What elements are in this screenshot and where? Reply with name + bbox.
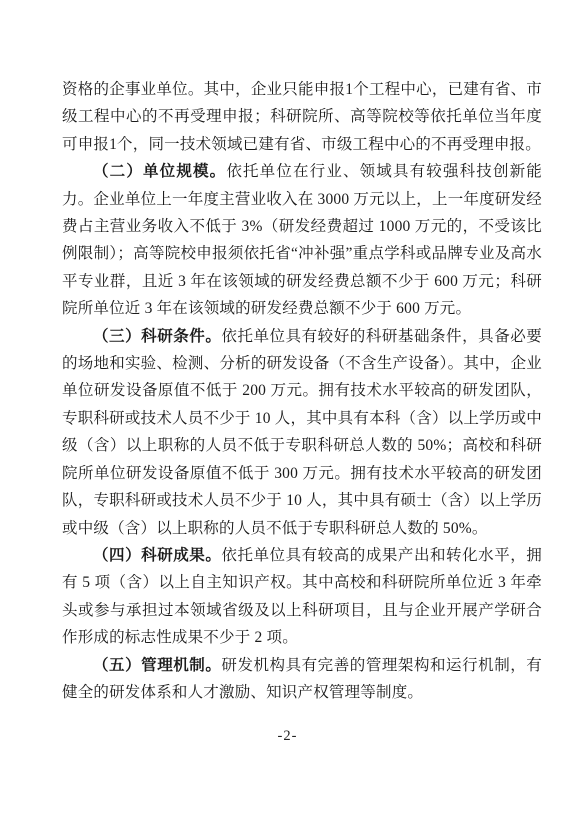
paragraph-text: 依托单位在行业、领域具有较强科技创新能力。企业单位上一年度主营业收入在 3000… xyxy=(62,163,542,317)
body-paragraph: （三）科研条件。依托单位具有较好的科研基础条件，具备必要的场地和实验、检测、分析… xyxy=(62,323,542,542)
body-paragraph: （四）科研成果。依托单位具有较高的成果产出和转化水平，拥有 5 项（含）以上自主… xyxy=(62,542,542,652)
section-heading: （四）科研成果。 xyxy=(93,547,221,564)
body-paragraph: （二）单位规模。依托单位在行业、领域具有较强科技创新能力。企业单位上一年度主营业… xyxy=(62,158,542,322)
paragraph-text: 依托单位具有较好的科研基础条件，具备必要的场地和实验、检测、分析的研发设备（不含… xyxy=(62,328,542,537)
paragraph-text: 资格的企事业单位。其中，企业只能申报1个工程中心，已建有省、市级工程中心的不再受… xyxy=(62,81,542,153)
section-heading: （二）单位规模。 xyxy=(93,163,226,180)
section-heading: （三）科研条件。 xyxy=(93,328,221,345)
section-heading: （五）管理机制。 xyxy=(93,657,221,674)
document-body: 资格的企事业单位。其中，企业只能申报1个工程中心，已建有省、市级工程中心的不再受… xyxy=(62,76,542,706)
page-number: -2- xyxy=(0,728,575,745)
body-paragraph: （五）管理机制。研发机构具有完善的管理架构和运行机制，有健全的研发体系和人才激励… xyxy=(62,652,542,707)
document-page: 资格的企事业单位。其中，企业只能申报1个工程中心，已建有省、市级工程中心的不再受… xyxy=(0,0,575,819)
body-paragraph: 资格的企事业单位。其中，企业只能申报1个工程中心，已建有省、市级工程中心的不再受… xyxy=(62,76,542,158)
